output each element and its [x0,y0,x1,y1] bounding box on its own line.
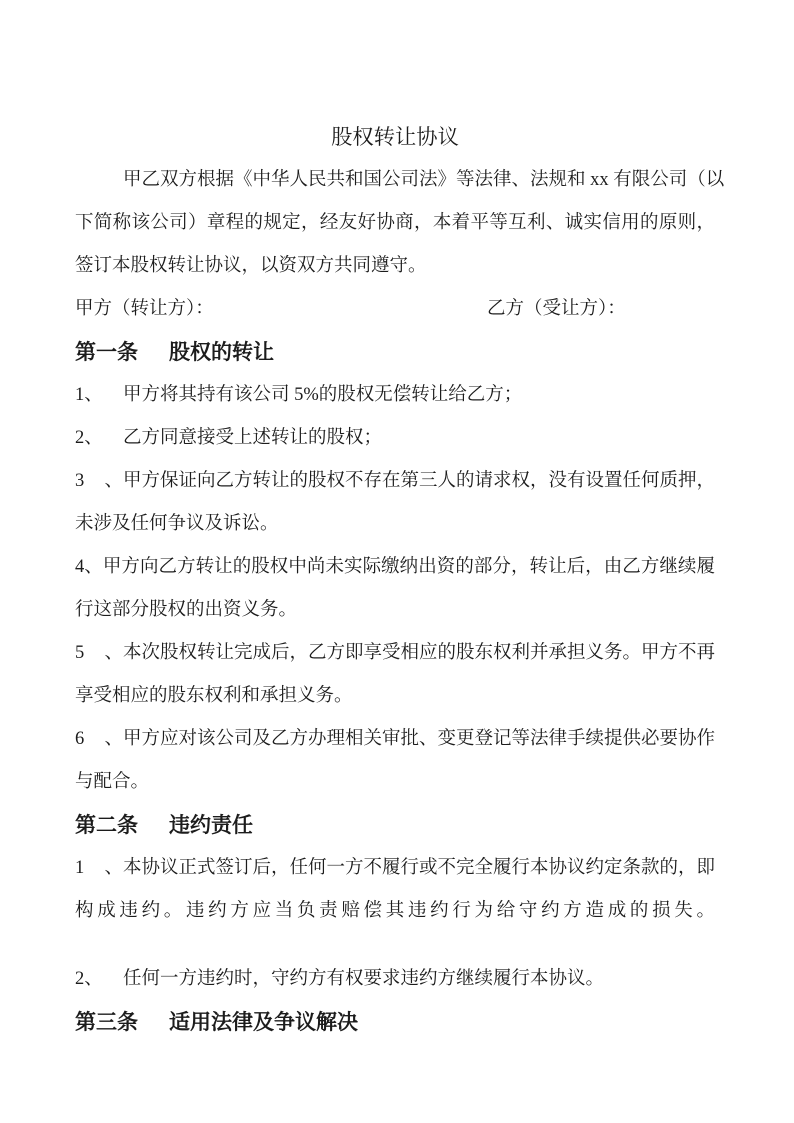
clause-1-6-line-1: 6、甲方应对该公司及乙方办理相关审批、变更登记等法律手续提供必要协作 [75,718,715,761]
clause-text: 乙方同意接受上述转让的股权； [123,428,382,448]
clause-2-1-line-2: 构成违约。违约方应当负责赔偿其违约行为给守约方造成的损失。 [75,890,715,933]
clause-number: 1、 [75,847,123,890]
clause-text: 本次股权转让完成后，乙方即享受相应的股东权利并承担义务。甲方不再 [123,643,715,663]
clause-number: 6、 [75,718,123,761]
clause-text: 甲方应对该公司及乙方办理相关审批、变更登记等法律手续提供必要协作 [123,729,715,749]
clause-1-4-line-1: 4、甲方向乙方转让的股权中尚未实际缴纳出资的部分，转让后，由乙方继续履 [75,546,715,589]
document-title: 股权转让协议 [75,116,715,159]
section-1-heading: 第一条股权的转让 [75,331,715,374]
clause-number: 3、 [75,460,123,503]
section-1-title: 股权的转让 [169,340,274,364]
clause-1-3-line-1: 3、甲方保证向乙方转让的股权不存在第三人的请求权，没有设置任何质押， [75,460,715,503]
intro-line-1: 甲乙双方根据《中华人民共和国公司法》等法律、法规和 xx 有限公司（以 [75,159,715,202]
clause-2-2: 2、任何一方违约时，守约方有权要求违约方继续履行本协议。 [75,958,715,1001]
clause-number: 1、 [75,374,123,417]
blank-line [75,933,715,958]
document-page: 股权转让协议 甲乙双方根据《中华人民共和国公司法》等法律、法规和 xx 有限公司… [0,0,794,1123]
party-b-label: 乙方（受让方）： [487,299,626,319]
clause-1-4-line-2: 行这部分股权的出资义务。 [75,589,715,632]
document-content: 股权转让协议 甲乙双方根据《中华人民共和国公司法》等法律、法规和 xx 有限公司… [75,116,715,1044]
clause-1-3-line-2: 未涉及任何争议及诉讼。 [75,503,715,546]
clause-text: 任何一方违约时，守约方有权要求违约方继续履行本协议。 [123,969,604,989]
clause-number: 2、 [75,417,123,460]
section-2-heading: 第二条违约责任 [75,804,715,847]
clause-number: 2、 [75,958,123,1001]
section-2-number: 第二条 [75,813,138,837]
clause-1-5-line-2: 享受相应的股东权利和承担义务。 [75,675,715,718]
clause-1-1: 1、甲方将其持有该公司 5%的股权无偿转让给乙方； [75,374,715,417]
parties-line: 甲方（转让方）：乙方（受让方）： [75,288,715,331]
clause-text: 甲方将其持有该公司 5%的股权无偿转让给乙方； [123,385,522,405]
clause-1-6-line-2: 与配合。 [75,761,715,804]
intro-line-2: 下简称该公司）章程的规定，经友好协商，本着平等互利、诚实信用的原则， [75,202,715,245]
section-3-number: 第三条 [75,1010,138,1034]
intro-line-3: 签订本股权转让协议，以资双方共同遵守。 [75,245,715,288]
section-1-number: 第一条 [75,340,138,364]
clause-1-2: 2、乙方同意接受上述转让的股权； [75,417,715,460]
clause-number: 5、 [75,632,123,675]
section-3-title: 适用法律及争议解决 [169,1010,358,1034]
clause-1-5-line-1: 5、本次股权转让完成后，乙方即享受相应的股东权利并承担义务。甲方不再 [75,632,715,675]
clause-text: 甲方保证向乙方转让的股权不存在第三人的请求权，没有设置任何质押， [123,471,715,491]
section-2-title: 违约责任 [169,813,253,837]
party-a-label: 甲方（转让方）： [75,288,487,331]
clause-2-1-line-1: 1、本协议正式签订后，任何一方不履行或不完全履行本协议约定条款的，即 [75,847,715,890]
section-3-heading: 第三条适用法律及争议解决 [75,1001,715,1044]
clause-text: 本协议正式签订后，任何一方不履行或不完全履行本协议约定条款的，即 [123,858,715,878]
